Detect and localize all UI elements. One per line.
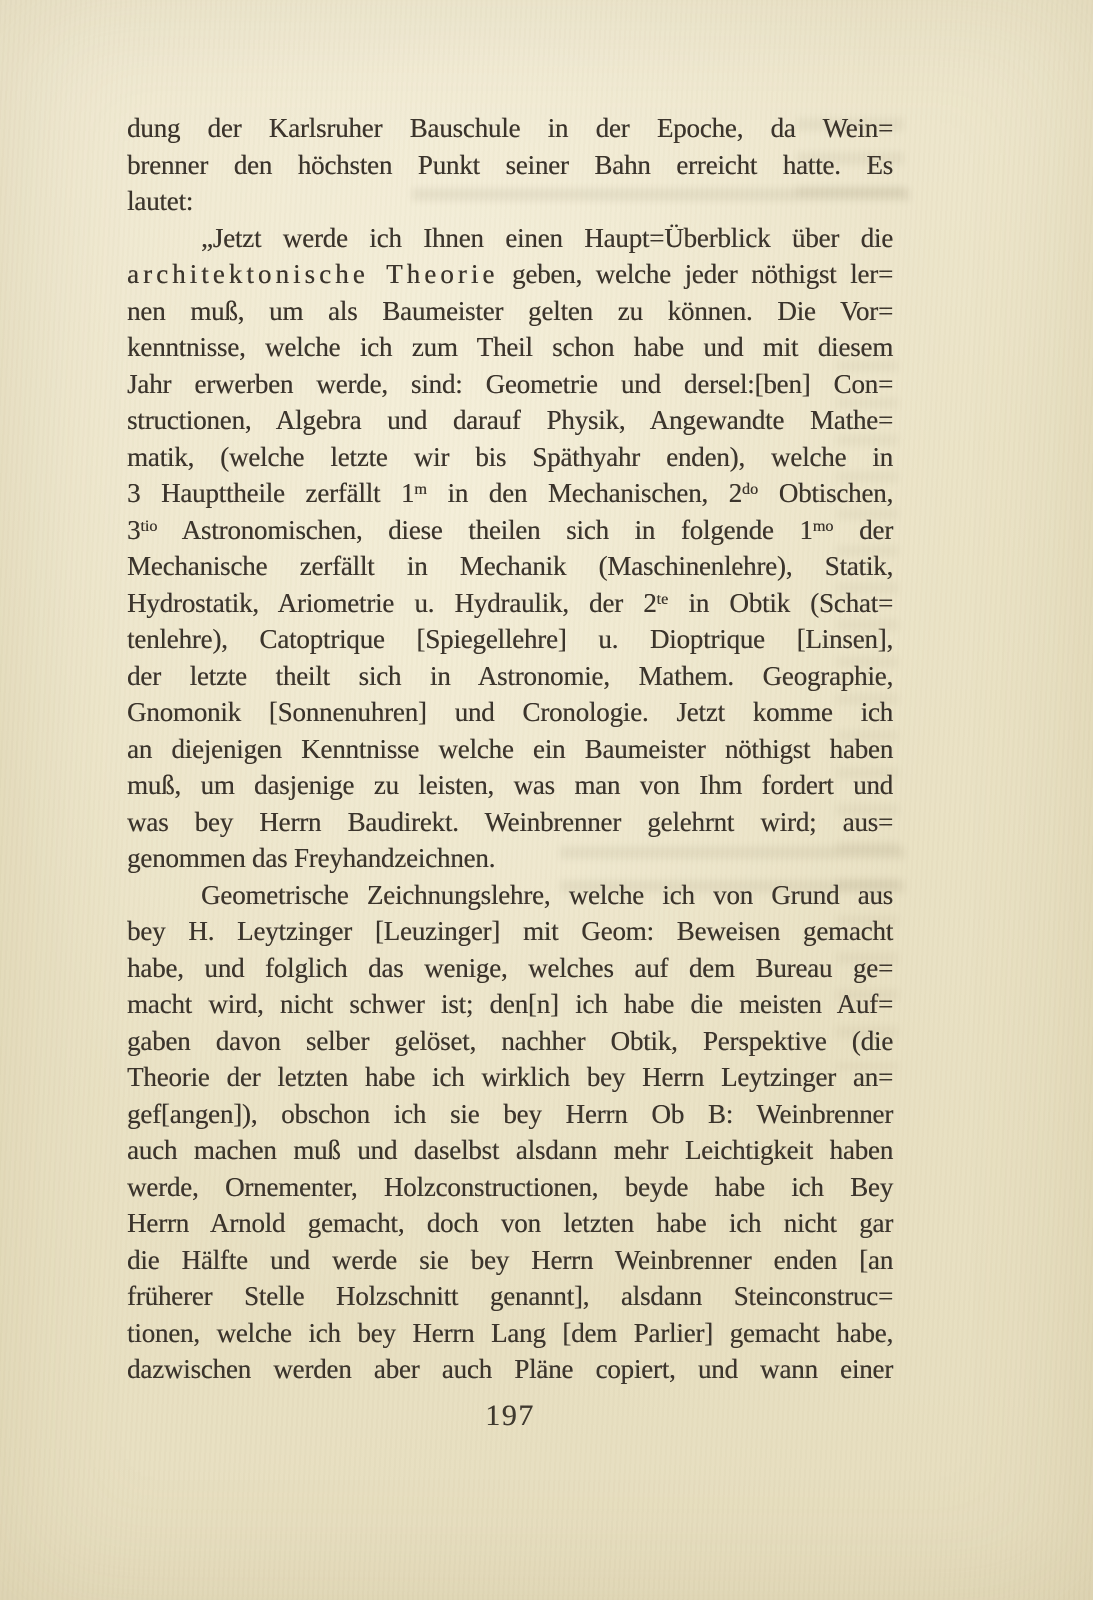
text-line: tenlehre), Catoptrique [Spiegellehre] u.… — [127, 621, 893, 658]
text-line: brenner den höchsten Punkt seiner Bahn e… — [127, 147, 893, 184]
text-line: muß, um dasjenige zu leisten, was man vo… — [127, 767, 893, 804]
text-line: Theorie der letzten habe ich wirklich be… — [127, 1059, 893, 1096]
page-number: 197 — [127, 1399, 893, 1433]
text-line: bey H. Leytzinger [Leuzinger] mit Geom: … — [127, 913, 893, 950]
text-line: macht wird, nicht schwer ist; den[n] ich… — [127, 986, 893, 1023]
text-line: architektonische Theorie geben, welche j… — [127, 256, 893, 293]
text-line: 3tio Astronomischen, diese theilen sich … — [127, 512, 893, 549]
text-line: werde, Ornementer, Holzconstructionen, b… — [127, 1169, 893, 1206]
text-line: lautet: — [127, 183, 893, 220]
text-line: gef[angen]), obschon ich sie bey Herrn O… — [127, 1096, 893, 1133]
text-line: 3 Haupttheile zerfällt 1m in den Mechani… — [127, 475, 893, 512]
text-line: tionen, welche ich bey Herrn Lang [dem P… — [127, 1315, 893, 1352]
text-line: genommen das Freyhandzeichnen. — [127, 840, 893, 877]
text-block: dung der Karlsruher Bauschule in der Epo… — [127, 110, 893, 1388]
text-line: nen muß, um als Baumeister gelten zu kön… — [127, 293, 893, 330]
text-line: „Jetzt werde ich Ihnen einen Haupt=Überb… — [127, 220, 893, 257]
text-line: was bey Herrn Baudirekt. Weinbrenner gel… — [127, 804, 893, 841]
text-line: der letzte theilt sich in Astronomie, Ma… — [127, 658, 893, 695]
book-page: dung der Karlsruher Bauschule in der Epo… — [0, 0, 1093, 1600]
text-line: dazwischen werden aber auch Pläne copier… — [127, 1351, 893, 1388]
text-line: Mechanische zerfällt in Mechanik (Maschi… — [127, 548, 893, 585]
superscript-ordinal: m — [414, 480, 427, 498]
text-line: Jahr erwerben werde, sind: Geometrie und… — [127, 366, 893, 403]
superscript-ordinal: mo — [813, 517, 834, 535]
text-line: Hydrostatik, Ariometrie u. Hydraulik, de… — [127, 585, 893, 622]
text-line: auch machen muß und daselbst alsdann meh… — [127, 1132, 893, 1169]
superscript-ordinal: tio — [140, 517, 157, 535]
text-line: früherer Stelle Holzschnitt genannt], al… — [127, 1278, 893, 1315]
text-line: die Hälfte und werde sie bey Herrn Weinb… — [127, 1242, 893, 1279]
text-line: Herrn Arnold gemacht, doch von letzten h… — [127, 1205, 893, 1242]
text-line: habe, und folglich das wenige, welches a… — [127, 950, 893, 987]
text-line: matik, (welche letzte wir bis Späthyahr … — [127, 439, 893, 476]
text-line: an diejenigen Kenntnisse welche ein Baum… — [127, 731, 893, 768]
text-line: gaben davon selber gelöset, nachher Obti… — [127, 1023, 893, 1060]
emphasis-letterspaced: architektonische Theorie — [127, 259, 498, 289]
superscript-ordinal: do — [742, 480, 758, 498]
superscript-ordinal: te — [657, 590, 669, 608]
text-line: Gnomonik [Sonnenuhren] und Cronologie. J… — [127, 694, 893, 731]
text-line: dung der Karlsruher Bauschule in der Epo… — [127, 110, 893, 147]
text-line: Geometrische Zeichnungslehre, welche ich… — [127, 877, 893, 914]
paragraph: dung der Karlsruher Bauschule in der Epo… — [127, 110, 893, 220]
paragraph: „Jetzt werde ich Ihnen einen Haupt=Überb… — [127, 220, 893, 877]
text-line: kenntnisse, welche ich zum Theil schon h… — [127, 329, 893, 366]
paragraph: Geometrische Zeichnungslehre, welche ich… — [127, 877, 893, 1388]
text-line: structionen, Algebra und darauf Physik, … — [127, 402, 893, 439]
